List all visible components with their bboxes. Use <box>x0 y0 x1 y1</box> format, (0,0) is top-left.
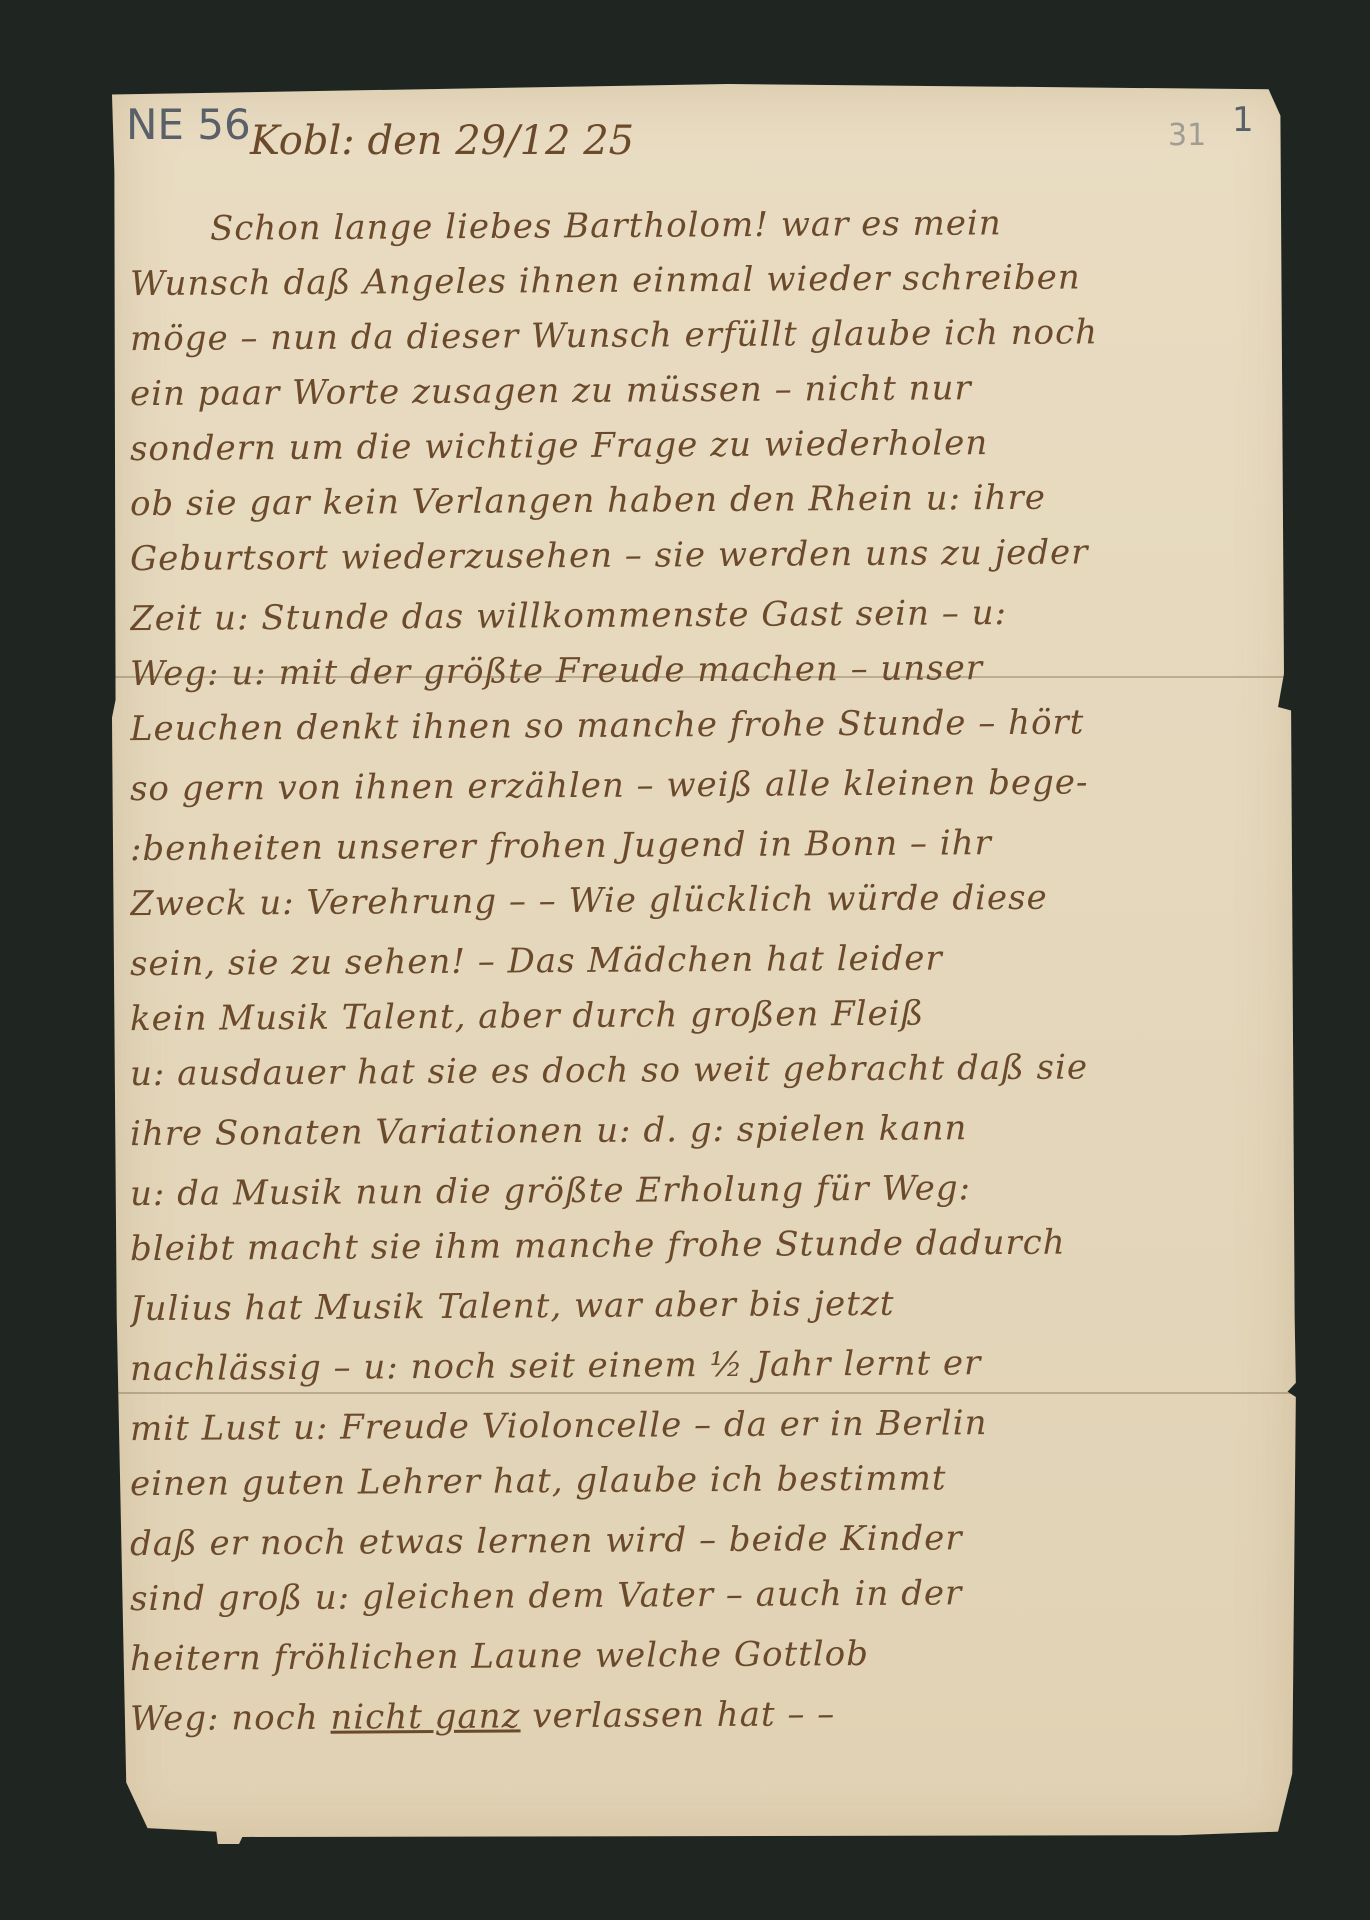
handwritten-line: u: ausdauer hat sie es doch so weit gebr… <box>130 1036 1310 1104</box>
handwritten-line: Zweck u: Verehrung – – Wie glücklich wür… <box>130 866 1310 934</box>
handwritten-line: bleibt macht sie ihm manche frohe Stunde… <box>130 1211 1310 1279</box>
handwritten-line: Geburtsort wiederzusehen – sie werden un… <box>130 521 1310 589</box>
page-number: 1 <box>1232 100 1254 140</box>
folio-mark: 31 <box>1168 118 1206 153</box>
handwritten-line: so gern von ihnen erzählen – weiß alle k… <box>130 751 1310 819</box>
handwritten-line: sind groß u: gleichen dem Vater – auch i… <box>130 1561 1310 1629</box>
handwritten-line: einen guten Lehrer hat, glaube ich besti… <box>130 1446 1310 1514</box>
handwritten-line: ihre Sonaten Variationen u: d. g: spiele… <box>130 1096 1310 1164</box>
handwritten-line: Weg: noch nicht ganz verlassen hat – – <box>130 1681 1310 1749</box>
handwritten-line: Leuchen denkt ihnen so manche frohe Stun… <box>130 691 1310 759</box>
handwritten-line: Julius hat Musik Talent, war aber bis je… <box>130 1271 1310 1339</box>
handwritten-line: nachlässig – u: noch seit einem ½ Jahr l… <box>130 1331 1310 1399</box>
place-date-heading: Kobl: den 29/12 25 <box>250 118 634 164</box>
handwritten-line: heitern fröhlichen Laune welche Gottlob <box>130 1621 1310 1689</box>
catalog-mark: NE 56 <box>126 100 251 149</box>
underlined-phrase: nicht ganz <box>330 1696 520 1737</box>
